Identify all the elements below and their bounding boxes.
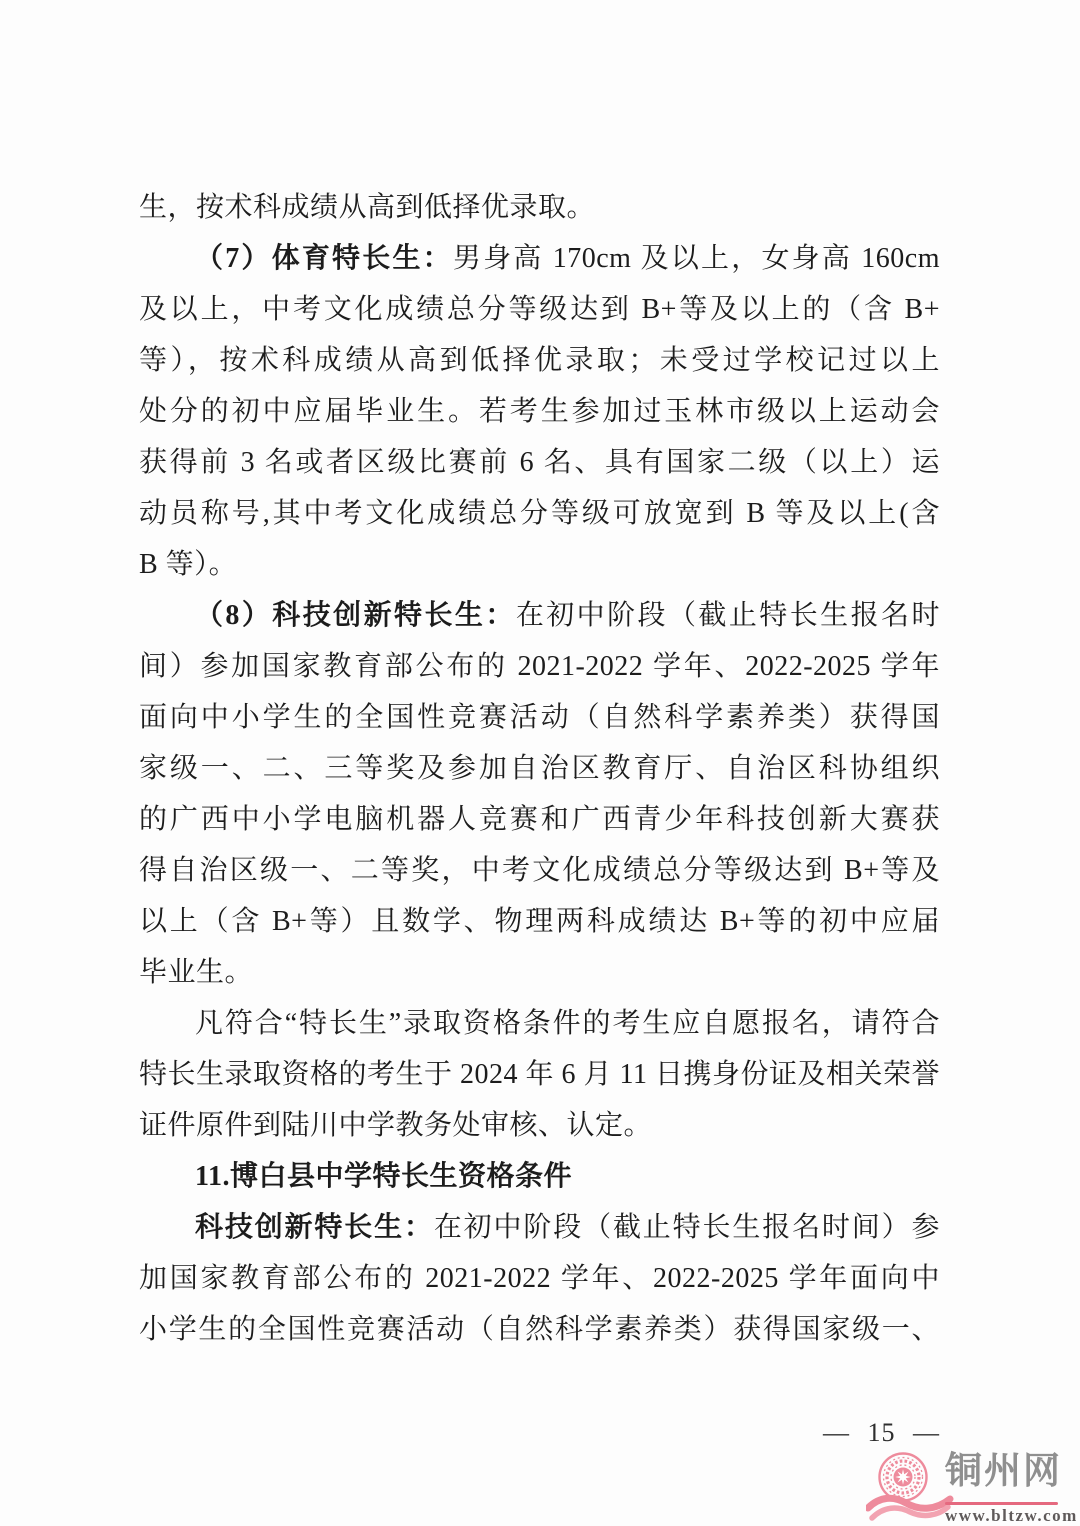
text-line: 11.博白县中学特长生资格条件 <box>139 1151 940 1202</box>
text-line: 科技创新特长生：在初中阶段（截止特长生报名时间）参 <box>139 1202 940 1253</box>
text-line: 特长生录取资格的考生于 2024 年 6 月 11 日携身份证及相关荣誉 <box>139 1049 940 1100</box>
document-page: 生，按术科成绩从高到低择优录取。（7）体育特长生：男身高 170cm 及以上，女… <box>0 0 1080 1526</box>
text-line: 等），按术科成绩从高到低择优录取；未受过学校记过以上 <box>139 335 940 386</box>
bronze-drum-logo-icon <box>866 1446 956 1526</box>
text-line: （8）科技创新特长生：在初中阶段（截止特长生报名时 <box>139 590 940 641</box>
body-text: 动员称号,其中考文化成绩总分等级可放宽到 B 等及以上(含 <box>139 498 940 529</box>
text-line: 处分的初中应届毕业生。若考生参加过玉林市级以上运动会 <box>139 386 940 437</box>
body-text: 间）参加国家教育部公布的 2021-2022 学年、2022-2025 学年 <box>139 651 940 682</box>
logo-underline <box>945 1502 1058 1505</box>
site-logo: 铜州网 www.bltzw.com <box>866 1446 1080 1526</box>
text-line: 毕业生。 <box>139 947 940 998</box>
text-line: 凡符合“特长生”录取资格条件的考生应自愿报名，请符合 <box>139 998 940 1049</box>
site-name: 铜州网 <box>945 1452 1062 1492</box>
body-text: 毕业生。 <box>139 957 253 988</box>
document-text: 生，按术科成绩从高到低择优录取。（7）体育特长生：男身高 170cm 及以上，女… <box>139 182 940 1355</box>
text-line: 及以上，中考文化成绩总分等级达到 B+等及以上的（含 B+ <box>139 284 940 335</box>
body-text: 小学生的全国性竞赛活动（自然科学素养类）获得国家级一、 <box>139 1314 940 1345</box>
text-line: 小学生的全国性竞赛活动（自然科学素养类）获得国家级一、 <box>139 1304 940 1355</box>
emphasis-text: （7）体育特长生： <box>195 243 453 274</box>
text-line: 获得前 3 名或者区级比赛前 6 名、具有国家二级（以上）运 <box>139 437 940 488</box>
body-text: 生，按术科成绩从高到低择优录取。 <box>139 192 595 223</box>
body-text: 及以上，中考文化成绩总分等级达到 B+等及以上的（含 B+ <box>139 294 940 325</box>
text-line: 面向中小学生的全国性竞赛活动（自然科学素养类）获得国 <box>139 692 940 743</box>
body-text: 在初中阶段（截止特长生报名时 <box>516 600 940 631</box>
text-line: 家级一、二、三等奖及参加自治区教育厅、自治区科协组织 <box>139 743 940 794</box>
body-text: 处分的初中应届毕业生。若考生参加过玉林市级以上运动会 <box>139 396 940 427</box>
body-text: 面向中小学生的全国性竞赛活动（自然科学素养类）获得国 <box>139 702 940 733</box>
body-text: 家级一、二、三等奖及参加自治区教育厅、自治区科协组织 <box>139 753 940 784</box>
text-line: B 等）。 <box>139 539 940 590</box>
text-line: 加国家教育部公布的 2021-2022 学年、2022-2025 学年面向中 <box>139 1253 940 1304</box>
text-line: 生，按术科成绩从高到低择优录取。 <box>139 182 940 233</box>
site-url: www.bltzw.com <box>945 1506 1078 1526</box>
emphasis-text: 科技创新特长生： <box>195 1212 434 1243</box>
text-line: 间）参加国家教育部公布的 2021-2022 学年、2022-2025 学年 <box>139 641 940 692</box>
body-text: 获得前 3 名或者区级比赛前 6 名、具有国家二级（以上）运 <box>139 447 940 478</box>
emphasis-text: 11.博白县中学特长生资格条件 <box>195 1161 572 1192</box>
text-line: （7）体育特长生：男身高 170cm 及以上，女身高 160cm <box>139 233 940 284</box>
body-text: 在初中阶段（截止特长生报名时间）参 <box>434 1212 940 1243</box>
body-text: 证件原件到陆川中学教务处审核、认定。 <box>139 1110 652 1141</box>
body-text: 等），按术科成绩从高到低择优录取；未受过学校记过以上 <box>139 345 940 376</box>
body-text: 以上（含 B+等）且数学、物理两科成绩达 B+等的初中应届 <box>139 906 940 937</box>
emphasis-text: （8）科技创新特长生： <box>195 600 516 631</box>
text-line: 的广西中小学电脑机器人竞赛和广西青少年科技创新大赛获 <box>139 794 940 845</box>
text-line: 证件原件到陆川中学教务处审核、认定。 <box>139 1100 940 1151</box>
body-text: 凡符合“特长生”录取资格条件的考生应自愿报名，请符合 <box>195 1008 940 1039</box>
text-line: 以上（含 B+等）且数学、物理两科成绩达 B+等的初中应届 <box>139 896 940 947</box>
body-text: B 等）。 <box>139 549 237 580</box>
text-line: 动员称号,其中考文化成绩总分等级可放宽到 B 等及以上(含 <box>139 488 940 539</box>
text-line: 得自治区级一、二等奖，中考文化成绩总分等级达到 B+等及 <box>139 845 940 896</box>
body-text: 的广西中小学电脑机器人竞赛和广西青少年科技创新大赛获 <box>139 804 940 835</box>
body-text: 特长生录取资格的考生于 2024 年 6 月 11 日携身份证及相关荣誉 <box>139 1059 940 1090</box>
body-text: 男身高 170cm 及以上，女身高 160cm <box>453 243 940 274</box>
body-text: 得自治区级一、二等奖，中考文化成绩总分等级达到 B+等及 <box>139 855 940 886</box>
body-text: 加国家教育部公布的 2021-2022 学年、2022-2025 学年面向中 <box>139 1263 940 1294</box>
page-number: — 15 — <box>823 1418 940 1448</box>
